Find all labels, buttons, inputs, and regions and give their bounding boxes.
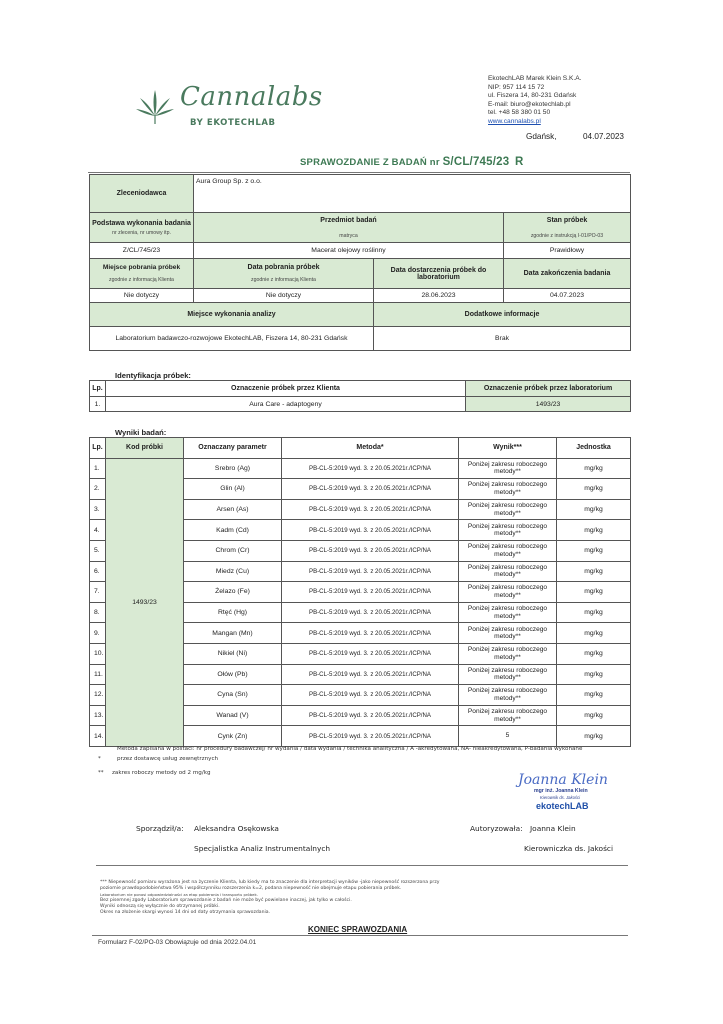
row-unit: mg/kg xyxy=(557,458,631,479)
company-info: EkotechLAB Marek Klein S.K.A. NIP: 957 1… xyxy=(488,75,581,127)
sampling-date-header: Data pobrania próbek zgodnie z informacj… xyxy=(194,259,374,289)
row-lp: 4. xyxy=(90,520,106,541)
range-note-mark: ** xyxy=(98,770,104,776)
row-result: Poniżej zakresu roboczego metody** xyxy=(459,561,557,582)
additional-info-value: Brak xyxy=(374,327,631,351)
row-unit: mg/kg xyxy=(557,602,631,623)
stamp-role: Kierownik ds. Jakości xyxy=(540,795,580,800)
row-result: Poniżej zakresu roboczego metody** xyxy=(459,458,557,479)
row-unit: mg/kg xyxy=(557,520,631,541)
report-number: S/CL/745/23 xyxy=(443,156,510,168)
page-title: SPRAWOZDANIE Z BADAŃ nr S/CL/745/23 R xyxy=(300,156,524,168)
row-lp: 8. xyxy=(90,602,106,623)
sampling-place-value: Nie dotyczy xyxy=(90,289,194,303)
state-header: Stan próbek zgodnie z instrukcją I-01/PO… xyxy=(504,213,631,243)
cannabis-leaf-icon xyxy=(134,88,176,128)
report-end-label: KONIEC SPRAWOZDANIA xyxy=(308,925,407,934)
end-date-value: 04.07.2023 xyxy=(504,289,631,303)
sampling-place-label: Miejsce pobrania próbek xyxy=(92,264,191,271)
row-parameter: Chrom (Cr) xyxy=(184,540,282,561)
row-unit: mg/kg xyxy=(557,664,631,685)
row-lp: 11. xyxy=(90,664,106,685)
authorization-stamp: Joanna Klein mgr inż. Joanna Klein Kiero… xyxy=(512,772,622,818)
company-line: E-mail: biuro@ekotechlab.pl xyxy=(488,101,581,110)
row-method: PB-CL-5:2019 wyd. 3. z 20.05.2021r./ICP/… xyxy=(282,458,459,479)
row-result: Poniżej zakresu roboczego metody** xyxy=(459,602,557,623)
row-lp: 7. xyxy=(90,582,106,603)
row-result: Poniżej zakresu roboczego metody** xyxy=(459,664,557,685)
row-method: PB-CL-5:2019 wyd. 3. z 20.05.2021r./ICP/… xyxy=(282,623,459,644)
row-result: Poniżej zakresu roboczego metody** xyxy=(459,479,557,500)
brand-subtitle: BY EKOTECHLAB xyxy=(190,118,276,128)
subject-header: Przedmiot badań matryca xyxy=(194,213,504,243)
subject-label: Przedmiot badań xyxy=(196,217,501,224)
row-result: Poniżej zakresu roboczego metody** xyxy=(459,499,557,520)
row-unit: mg/kg xyxy=(557,726,631,747)
delivery-date-label: Data dostarczenia próbek do laboratorium xyxy=(374,259,504,289)
row-result: Poniżej zakresu roboczego metody** xyxy=(459,623,557,644)
brand-name: Cannalabs xyxy=(180,82,323,112)
state-label: Stan próbek xyxy=(506,217,628,224)
row-method: PB-CL-5:2019 wyd. 3. z 20.05.2021r./ICP/… xyxy=(282,602,459,623)
prepared-label: Sporządził/a: xyxy=(136,824,184,833)
row-method: PB-CL-5:2019 wyd. 3. z 20.05.2021r./ICP/… xyxy=(282,561,459,582)
company-line: EkotechLAB Marek Klein S.K.A. xyxy=(488,75,581,84)
stamp-name: mgr inż. Joanna Klein xyxy=(534,788,588,794)
row-parameter: Ołów (Pb) xyxy=(184,664,282,685)
subject-sub: matryca xyxy=(196,233,501,239)
col-lp: Lp. xyxy=(90,438,106,459)
end-divider xyxy=(92,935,628,936)
row-client-label: Aura Care - adaptogeny xyxy=(106,397,466,412)
company-line: ul. Fiszera 14, 80-231 Gdańsk xyxy=(488,92,581,101)
order-info-table: Zleceniodawca Aura Group Sp. z o.o. Pods… xyxy=(89,174,631,351)
analysis-place-label: Miejsce wykonania analizy xyxy=(90,303,374,327)
basis-label: Podstawa wykonania badania xyxy=(92,220,191,227)
row-unit: mg/kg xyxy=(557,623,631,644)
basis-sub: nr zlecenia, nr umowy itp. xyxy=(92,230,191,236)
authorized-role: Kierowniczka ds. Jakości xyxy=(524,844,613,853)
range-note: zakres roboczy metody od 2 mg/kg xyxy=(112,770,211,776)
website-link[interactable]: www.cannalabs.pl xyxy=(488,118,581,127)
title-prefix: SPRAWOZDANIE Z BADAŃ nr xyxy=(300,157,440,168)
footer-divider xyxy=(96,865,628,866)
authorized-label: Autoryzowała: xyxy=(470,824,523,833)
row-unit: mg/kg xyxy=(557,582,631,603)
additional-info-label: Dodatkowe informacje xyxy=(374,303,631,327)
col-lp: Lp. xyxy=(90,381,106,397)
row-method: PB-CL-5:2019 wyd. 3. z 20.05.2021r./ICP/… xyxy=(282,540,459,561)
row-unit: mg/kg xyxy=(557,705,631,726)
row-method: PB-CL-5:2019 wyd. 3. z 20.05.2021r./ICP/… xyxy=(282,643,459,664)
table-row: 1. Aura Care - adaptogeny 1493/23 xyxy=(90,397,631,412)
fine-print: *** Niepewność pomiaru wyrażona jest na … xyxy=(100,880,520,917)
row-method: PB-CL-5:2019 wyd. 3. z 20.05.2021r./ICP/… xyxy=(282,499,459,520)
form-id: Formularz F-02/PO-03 Obowiązuje od dnia … xyxy=(98,939,256,946)
sampling-place-header: Miejsce pobrania próbek zgodnie z inform… xyxy=(90,259,194,289)
fine-print-line: Okres na złożenie skargi wynosi 14 dni o… xyxy=(100,910,520,916)
row-method: PB-CL-5:2019 wyd. 3. z 20.05.2021r./ICP/… xyxy=(282,726,459,747)
analysis-place-value: Laboratorium badawczo-rozwojowe EkotechL… xyxy=(90,327,374,351)
row-parameter: Glin (Al) xyxy=(184,479,282,500)
sample-identification-table: Lp. Oznaczenie próbek przez Klienta Ozna… xyxy=(89,380,631,412)
row-parameter: Arsen (As) xyxy=(184,499,282,520)
report-suffix: R xyxy=(515,156,524,168)
company-line: tel. +48 58 380 01 50 xyxy=(488,109,581,118)
method-note-mark: * xyxy=(98,756,101,762)
row-lab-label: 1493/23 xyxy=(466,397,631,412)
row-result: Poniżej zakresu roboczego metody** xyxy=(459,520,557,541)
row-unit: mg/kg xyxy=(557,499,631,520)
col-result: Wynik*** xyxy=(459,438,557,459)
results-header-row: Lp. Kod próbki Oznaczany parametr Metoda… xyxy=(90,438,631,459)
state-value: Prawidłowy xyxy=(504,243,631,259)
row-parameter: Miedz (Cu) xyxy=(184,561,282,582)
row-lp: 13. xyxy=(90,705,106,726)
row-method: PB-CL-5:2019 wyd. 3. z 20.05.2021r./ICP/… xyxy=(282,685,459,706)
row-lp: 12. xyxy=(90,685,106,706)
row-parameter: Nikiel (Ni) xyxy=(184,643,282,664)
row-unit: mg/kg xyxy=(557,540,631,561)
identification-title: Identyfikacja próbek: xyxy=(115,371,191,380)
row-result: Poniżej zakresu roboczego metody** xyxy=(459,540,557,561)
row-result: Poniżej zakresu roboczego metody** xyxy=(459,643,557,664)
col-lab-label: Oznaczenie próbek przez laboratorium xyxy=(466,381,631,397)
row-method: PB-CL-5:2019 wyd. 3. z 20.05.2021r./ICP/… xyxy=(282,582,459,603)
sample-code-cell: 1493/23 xyxy=(106,458,184,746)
prepared-role: Specjalistka Analiz Instrumentalnych xyxy=(194,844,330,853)
row-lp: 1. xyxy=(90,458,106,479)
delivery-date-value: 28.06.2023 xyxy=(374,289,504,303)
row-result: Poniżej zakresu roboczego metody** xyxy=(459,705,557,726)
row-lp: 1. xyxy=(90,397,106,412)
row-result: Poniżej zakresu roboczego metody** xyxy=(459,582,557,603)
row-method: PB-CL-5:2019 wyd. 3. z 20.05.2021r./ICP/… xyxy=(282,479,459,500)
row-lp: 5. xyxy=(90,540,106,561)
state-sub: zgodnie z instrukcją I-01/PO-03 xyxy=(506,233,628,239)
row-result: Poniżej zakresu roboczego metody** xyxy=(459,685,557,706)
authorized-name: Joanna Klein xyxy=(530,824,576,833)
basis-value: Z/CL/745/23 xyxy=(90,243,194,259)
row-method: PB-CL-5:2019 wyd. 3. z 20.05.2021r./ICP/… xyxy=(282,705,459,726)
basis-header: Podstawa wykonania badania nr zlecenia, … xyxy=(90,213,194,243)
method-note: Metoda zapisana w postaci: nr procedury … xyxy=(117,746,582,752)
col-unit: Jednostka xyxy=(557,438,631,459)
subject-value: Macerat olejowy roślinny xyxy=(194,243,504,259)
col-sample-code: Kod próbki xyxy=(106,438,184,459)
row-parameter: Cyna (Sn) xyxy=(184,685,282,706)
row-parameter: Rtęć (Hg) xyxy=(184,602,282,623)
row-unit: mg/kg xyxy=(557,479,631,500)
client-value: Aura Group Sp. z o.o. xyxy=(194,175,631,213)
row-unit: mg/kg xyxy=(557,643,631,664)
cannalabs-logo: Cannalabs BY EKOTECHLAB xyxy=(130,80,290,140)
handwritten-signature: Joanna Klein xyxy=(518,772,608,788)
end-date-label: Data zakończenia badania xyxy=(504,259,631,289)
col-client-label: Oznaczenie próbek przez Klienta xyxy=(106,381,466,397)
row-method: PB-CL-5:2019 wyd. 3. z 20.05.2021r./ICP/… xyxy=(282,520,459,541)
row-unit: mg/kg xyxy=(557,685,631,706)
sampling-date-sub: zgodnie z informacją Klienta xyxy=(196,277,371,283)
row-parameter: Kadm (Cd) xyxy=(184,520,282,541)
row-lp: 3. xyxy=(90,499,106,520)
report-date: 04.07.2023 xyxy=(583,132,624,141)
table-row: 1.1493/23Srebro (Ag)PB-CL-5:2019 wyd. 3.… xyxy=(90,458,631,479)
row-lp: 2. xyxy=(90,479,106,500)
row-parameter: Żelazo (Fe) xyxy=(184,582,282,603)
sampling-date-value: Nie dotyczy xyxy=(194,289,374,303)
place: Gdańsk, xyxy=(526,132,557,141)
row-unit: mg/kg xyxy=(557,561,631,582)
results-table: Lp. Kod próbki Oznaczany parametr Metoda… xyxy=(89,437,631,747)
row-parameter: Wanad (V) xyxy=(184,705,282,726)
row-lp: 6. xyxy=(90,561,106,582)
row-lp: 14. xyxy=(90,726,106,747)
client-label: Zleceniodawca xyxy=(90,175,194,213)
row-result: 5 xyxy=(459,726,557,747)
col-method: Metoda* xyxy=(282,438,459,459)
row-parameter: Cynk (Zn) xyxy=(184,726,282,747)
col-parameter: Oznaczany parametr xyxy=(184,438,282,459)
row-method: PB-CL-5:2019 wyd. 3. z 20.05.2021r./ICP/… xyxy=(282,664,459,685)
row-parameter: Srebro (Ag) xyxy=(184,458,282,479)
prepared-name: Aleksandra Osękowska xyxy=(194,824,279,833)
row-lp: 9. xyxy=(90,623,106,644)
row-lp: 10. xyxy=(90,643,106,664)
sampling-date-label: Data pobrania próbek xyxy=(196,264,371,271)
title-divider xyxy=(88,172,630,173)
method-note-cont: przez dostawcę usług zewnętrznych xyxy=(117,756,218,762)
company-line: NIP: 957 114 15 72 xyxy=(488,84,581,93)
row-parameter: Mangan (Mn) xyxy=(184,623,282,644)
stamp-brand: ekotechLAB xyxy=(536,801,589,811)
results-title: Wyniki badań: xyxy=(115,428,166,437)
sampling-place-sub: zgodnie z informacją Klienta xyxy=(92,277,191,283)
